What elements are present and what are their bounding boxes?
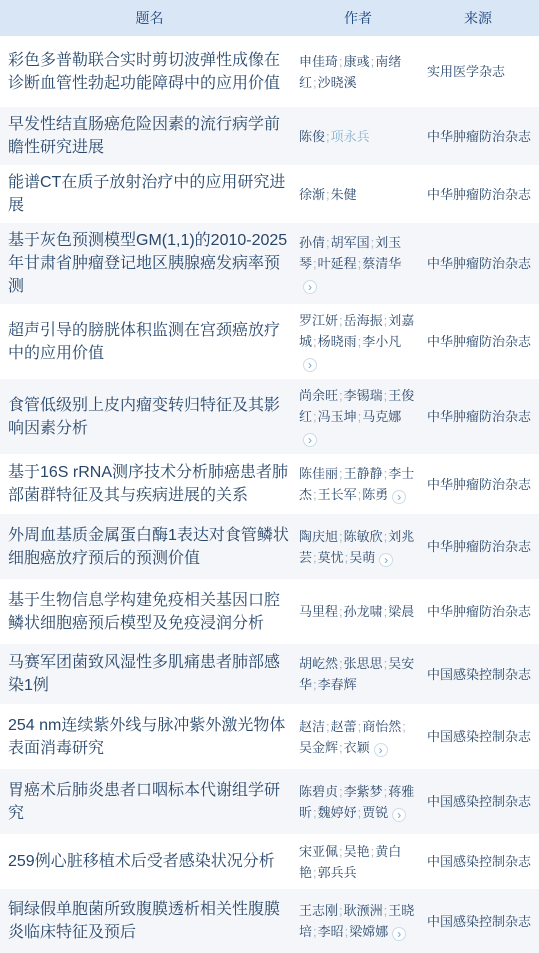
author-link[interactable]: 冯玉坤 (318, 409, 357, 424)
author-link[interactable]: 李锡瑞 (344, 388, 383, 403)
table-row: 基于灰色预测模型GM(1,1)的2010-2025年甘肃省肿瘤登记地区胰腺癌发病… (0, 223, 539, 304)
author-link[interactable]: 李昭 (318, 924, 344, 939)
source-cell: 中国感染控制杂志 (417, 659, 539, 690)
author-link[interactable]: 尚余旺 (299, 388, 338, 403)
authors-cell: 王志刚;耿滪洲;王晓培;李昭;梁嫦娜› (299, 894, 417, 948)
source-journal-link[interactable]: 中华肿瘤防治杂志 (427, 409, 531, 424)
title-cell: 外周血基质金属蛋白酶1表达对食管鳞状细胞癌放疗预后的预测价值 (0, 518, 299, 576)
author-link[interactable]: 项永兵 (331, 129, 370, 144)
author-link[interactable]: 赵蕾 (331, 719, 357, 734)
authors-cell: 马里程;孙龙啸;梁晨 (299, 595, 417, 628)
expand-authors-icon[interactable]: › (392, 490, 406, 504)
author-link[interactable]: 郭兵兵 (318, 865, 357, 880)
author-link[interactable]: 罗江妍 (299, 313, 338, 328)
author-link[interactable]: 叶延程 (318, 256, 357, 271)
article-title-link[interactable]: 食管低级别上皮内瘤变转归特征及其影响因素分析 (8, 394, 291, 440)
source-journal-link[interactable]: 中华肿瘤防治杂志 (427, 187, 531, 202)
source-cell: 中华肿瘤防治杂志 (417, 121, 539, 152)
author-link[interactable]: 马里程 (299, 604, 338, 619)
table-row: 彩色多普勒联合实时剪切波弹性成像在诊断血管性勃起功能障碍中的应用价值 申佳琦;康… (0, 36, 539, 107)
author-link[interactable]: 陈勇 (362, 487, 388, 502)
authors-cell: 胡屹然;张思思;吴安华;李春辉 (299, 647, 417, 701)
article-title-link[interactable]: 基于16S rRNA测序技术分析肺癌患者肺部菌群特征及其与疾病进展的关系 (8, 461, 291, 507)
authors-cell: 宋亚佩;吴艳;黄白艳;郭兵兵 (299, 835, 417, 889)
article-list-table: 题名 作者 来源 彩色多普勒联合实时剪切波弹性成像在诊断血管性勃起功能障碍中的应… (0, 0, 539, 953)
article-title-link[interactable]: 基于生物信息学构建免疫相关基因口腔鳞状细胞癌预后模型及免疫浸润分析 (8, 589, 291, 635)
author-link[interactable]: 朱健 (331, 187, 357, 202)
source-cell: 中国感染控制杂志 (417, 786, 539, 817)
authors-cell: 赵洁;赵蕾;商怡然;吴金辉;衣颖› (299, 710, 417, 764)
source-cell: 中华肿瘤防治杂志 (417, 326, 539, 357)
table-row: 基于生物信息学构建免疫相关基因口腔鳞状细胞癌预后模型及免疫浸润分析 马里程;孙龙… (0, 579, 539, 644)
expand-authors-icon[interactable]: › (303, 358, 317, 372)
author-link[interactable]: 莫忧 (318, 550, 344, 565)
author-link[interactable]: 吴艳 (344, 844, 370, 859)
author-link[interactable]: 马克娜 (362, 409, 401, 424)
article-title-link[interactable]: 马赛军团菌致风湿性多肌痛患者肺部感染1例 (8, 651, 291, 697)
source-journal-link[interactable]: 中国感染控制杂志 (427, 729, 531, 744)
author-link[interactable]: 蔡清华 (362, 256, 401, 271)
column-header-authors: 作者 (299, 8, 417, 28)
source-journal-link[interactable]: 中华肿瘤防治杂志 (427, 256, 531, 271)
author-link[interactable]: 陶庆旭 (299, 529, 338, 544)
source-cell: 中国感染控制杂志 (417, 846, 539, 877)
article-title-link[interactable]: 超声引导的膀胱体积监测在宫颈癌放疗中的应用价值 (8, 319, 291, 365)
author-link[interactable]: 徐渐 (299, 187, 325, 202)
source-cell: 中华肿瘤防治杂志 (417, 401, 539, 432)
expand-authors-icon[interactable]: › (303, 433, 317, 447)
authors-cell: 陈碧贞;李紫梦;蒋雅昕;魏婷妤;贾锐› (299, 775, 417, 829)
authors-cell: 陈俊;项永兵 (299, 120, 417, 153)
author-link[interactable]: 王长军 (318, 487, 357, 502)
title-cell: 食管低级别上皮内瘤变转归特征及其影响因素分析 (0, 388, 299, 446)
title-cell: 早发性结直肠癌危险因素的流行病学前瞻性研究进展 (0, 107, 299, 165)
title-cell: 彩色多普勒联合实时剪切波弹性成像在诊断血管性勃起功能障碍中的应用价值 (0, 43, 299, 101)
table-row: 铜绿假单胞菌所致腹膜透析相关性腹膜炎临床特征及预后 王志刚;耿滪洲;王晓培;李昭… (0, 889, 539, 953)
table-row: 胃癌术后肺炎患者口咽标本代谢组学研究 陈碧贞;李紫梦;蒋雅昕;魏婷妤;贾锐› 中… (0, 769, 539, 834)
table-row: 外周血基质金属蛋白酶1表达对食管鳞状细胞癌放疗预后的预测价值 陶庆旭;陈敏欣;刘… (0, 514, 539, 579)
author-link[interactable]: 李紫梦 (344, 784, 383, 799)
source-journal-link[interactable]: 中国感染控制杂志 (427, 854, 531, 869)
expand-authors-icon[interactable]: › (303, 280, 317, 294)
author-link[interactable]: 杨晓雨 (318, 334, 357, 349)
author-link[interactable]: 宋亚佩 (299, 844, 338, 859)
author-link[interactable]: 梁嫦娜 (349, 924, 388, 939)
source-journal-link[interactable]: 中华肿瘤防治杂志 (427, 539, 531, 554)
article-title-link[interactable]: 基于灰色预测模型GM(1,1)的2010-2025年甘肃省肿瘤登记地区胰腺癌发病… (8, 229, 291, 298)
source-cell: 中华肿瘤防治杂志 (417, 248, 539, 279)
author-link[interactable]: 孙倩 (299, 235, 325, 250)
author-link[interactable]: 梁晨 (388, 604, 414, 619)
source-cell: 中华肿瘤防治杂志 (417, 469, 539, 500)
title-cell: 胃癌术后肺炎患者口咽标本代谢组学研究 (0, 773, 299, 831)
author-link[interactable]: 陈敏欣 (344, 529, 383, 544)
table-row: 能谱CT在质子放射治疗中的应用研究进展 徐渐;朱健 中华肿瘤防治杂志 (0, 165, 539, 223)
expand-authors-icon[interactable]: › (374, 743, 388, 757)
author-link[interactable]: 沙晓溪 (318, 75, 357, 90)
table-body: 彩色多普勒联合实时剪切波弹性成像在诊断血管性勃起功能障碍中的应用价值 申佳琦;康… (0, 36, 539, 953)
source-journal-link[interactable]: 实用医学杂志 (427, 64, 505, 79)
title-cell: 马赛军团菌致风湿性多肌痛患者肺部感染1例 (0, 645, 299, 703)
column-header-title: 题名 (0, 8, 299, 28)
author-separator: ; (401, 719, 407, 734)
author-link[interactable]: 王静静 (344, 466, 383, 481)
author-link[interactable]: 吴萌 (349, 550, 375, 565)
title-cell: 基于16S rRNA测序技术分析肺癌患者肺部菌群特征及其与疾病进展的关系 (0, 455, 299, 513)
author-link[interactable]: 赵洁 (299, 719, 325, 734)
author-link[interactable]: 李春辉 (318, 677, 357, 692)
article-title-link[interactable]: 彩色多普勒联合实时剪切波弹性成像在诊断血管性勃起功能障碍中的应用价值 (8, 49, 291, 95)
article-title-link[interactable]: 外周血基质金属蛋白酶1表达对食管鳞状细胞癌放疗预后的预测价值 (8, 524, 291, 570)
title-cell: 超声引导的膀胱体积监测在宫颈癌放疗中的应用价值 (0, 313, 299, 371)
source-journal-link[interactable]: 中华肿瘤防治杂志 (427, 129, 531, 144)
author-link[interactable]: 陈佳丽 (299, 466, 338, 481)
source-journal-link[interactable]: 中华肿瘤防治杂志 (427, 334, 531, 349)
author-link[interactable]: 魏婷妤 (318, 805, 357, 820)
author-link[interactable]: 李小凡 (362, 334, 401, 349)
source-journal-link[interactable]: 中国感染控制杂志 (427, 667, 531, 682)
author-link[interactable]: 衣颖 (344, 740, 370, 755)
article-title-link[interactable]: 铜绿假单胞菌所致腹膜透析相关性腹膜炎临床特征及预后 (8, 898, 291, 944)
author-link[interactable]: 申佳琦 (299, 54, 338, 69)
authors-cell: 陶庆旭;陈敏欣;刘兆芸;莫忧;吴萌› (299, 520, 417, 574)
author-link[interactable]: 贾锐 (362, 805, 388, 820)
author-link[interactable]: 张思思 (344, 656, 383, 671)
author-link[interactable]: 商怡然 (362, 719, 401, 734)
table-row: 基于16S rRNA测序技术分析肺癌患者肺部菌群特征及其与疾病进展的关系 陈佳丽… (0, 454, 539, 514)
title-cell: 254 nm连续紫外线与脉冲紫外激光物体表面消毒研究 (0, 708, 299, 766)
expand-authors-icon[interactable]: › (392, 808, 406, 822)
source-cell: 中国感染控制杂志 (417, 721, 539, 752)
article-title-link[interactable]: 早发性结直肠癌危险因素的流行病学前瞻性研究进展 (8, 113, 291, 159)
source-journal-link[interactable]: 中华肿瘤防治杂志 (427, 477, 531, 492)
source-cell: 中华肿瘤防治杂志 (417, 531, 539, 562)
author-link[interactable]: 陈俊 (299, 129, 325, 144)
source-cell: 中华肿瘤防治杂志 (417, 596, 539, 627)
author-link[interactable]: 岳海振 (344, 313, 383, 328)
source-journal-link[interactable]: 中国感染控制杂志 (427, 794, 531, 809)
table-row: 马赛军团菌致风湿性多肌痛患者肺部感染1例 胡屹然;张思思;吴安华;李春辉 中国感… (0, 644, 539, 704)
expand-authors-icon[interactable]: › (379, 553, 393, 567)
author-link[interactable]: 孙龙啸 (344, 604, 383, 619)
authors-cell: 申佳琦;康彧;南绪红;沙晓溪 (299, 45, 417, 99)
table-header: 题名 作者 来源 (0, 0, 539, 36)
table-row: 超声引导的膀胱体积监测在宫颈癌放疗中的应用价值 罗江妍;岳海振;刘嘉城;杨晓雨;… (0, 304, 539, 379)
source-journal-link[interactable]: 中国感染控制杂志 (427, 914, 531, 929)
source-cell: 中华肿瘤防治杂志 (417, 179, 539, 210)
article-title-link[interactable]: 259例心脏移植术后受者感染状况分析 (8, 850, 291, 873)
author-link[interactable]: 王志刚 (299, 903, 338, 918)
authors-cell: 尚余旺;李锡瑞;王俊红;冯玉坤;马克娜› (299, 379, 417, 454)
title-cell: 铜绿假单胞菌所致腹膜透析相关性腹膜炎临床特征及预后 (0, 892, 299, 950)
table-row: 254 nm连续紫外线与脉冲紫外激光物体表面消毒研究 赵洁;赵蕾;商怡然;吴金辉… (0, 704, 539, 769)
authors-cell: 罗江妍;岳海振;刘嘉城;杨晓雨;李小凡› (299, 304, 417, 379)
source-cell: 实用医学杂志 (417, 56, 539, 87)
author-link[interactable]: 胡军国 (331, 235, 370, 250)
title-cell: 259例心脏移植术后受者感染状况分析 (0, 844, 299, 879)
column-header-source: 来源 (417, 8, 539, 28)
expand-authors-icon[interactable]: › (392, 927, 406, 941)
author-link[interactable]: 康彧 (344, 54, 370, 69)
title-cell: 能谱CT在质子放射治疗中的应用研究进展 (0, 165, 299, 223)
article-title-link[interactable]: 胃癌术后肺炎患者口咽标本代谢组学研究 (8, 779, 291, 825)
article-title-link[interactable]: 254 nm连续紫外线与脉冲紫外激光物体表面消毒研究 (8, 714, 291, 760)
authors-cell: 徐渐;朱健 (299, 178, 417, 211)
author-link[interactable]: 耿滪洲 (344, 903, 383, 918)
author-link[interactable]: 胡屹然 (299, 656, 338, 671)
article-title-link[interactable]: 能谱CT在质子放射治疗中的应用研究进展 (8, 171, 291, 217)
source-cell: 中国感染控制杂志 (417, 906, 539, 937)
author-link[interactable]: 吴金辉 (299, 740, 338, 755)
author-link[interactable]: 陈碧贞 (299, 784, 338, 799)
table-row: 259例心脏移植术后受者感染状况分析 宋亚佩;吴艳;黄白艳;郭兵兵 中国感染控制… (0, 834, 539, 889)
title-cell: 基于灰色预测模型GM(1,1)的2010-2025年甘肃省肿瘤登记地区胰腺癌发病… (0, 223, 299, 304)
authors-cell: 陈佳丽;王静静;李士杰;王长军;陈勇› (299, 457, 417, 511)
source-journal-link[interactable]: 中华肿瘤防治杂志 (427, 604, 531, 619)
authors-cell: 孙倩;胡军国;刘玉琴;叶延程;蔡清华› (299, 226, 417, 301)
title-cell: 基于生物信息学构建免疫相关基因口腔鳞状细胞癌预后模型及免疫浸润分析 (0, 583, 299, 641)
table-row: 食管低级别上皮内瘤变转归特征及其影响因素分析 尚余旺;李锡瑞;王俊红;冯玉坤;马… (0, 379, 539, 454)
table-row: 早发性结直肠癌危险因素的流行病学前瞻性研究进展 陈俊;项永兵 中华肿瘤防治杂志 (0, 107, 539, 165)
